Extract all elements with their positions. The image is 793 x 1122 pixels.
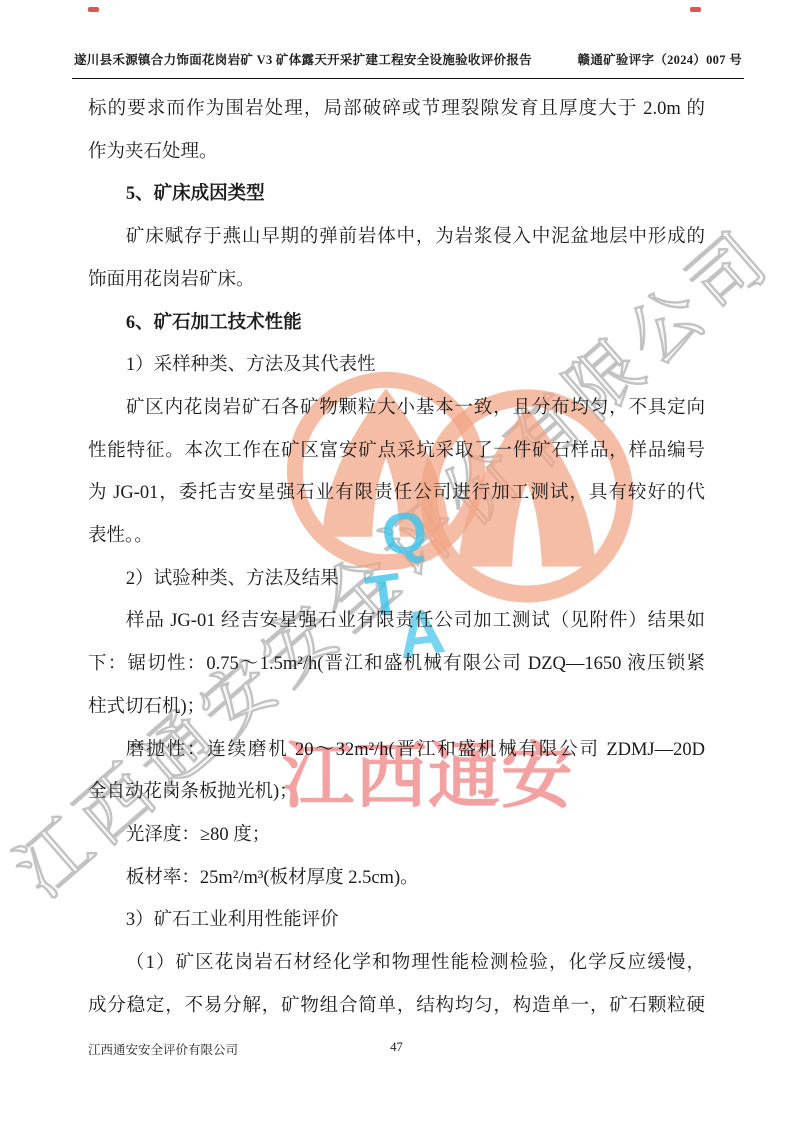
page-footer: 江西通安安全评价有限公司 47: [88, 1040, 705, 1060]
text-layer: 遂川县禾源镇合力饰面花岗岩矿 V3 矿体露天开采扩建工程安全设施验收评价报告 赣…: [0, 0, 793, 1122]
body-line: 性能特征。本次工作在矿区富安矿点采坑采取了一件矿石样品，样品编号: [88, 430, 705, 473]
body-text: 标的要求而作为围岩处理，局部破碎或节理裂隙发育且厚度大于 2.0m 的作为夹石处…: [88, 88, 705, 1027]
page-header: 遂川县禾源镇合力饰面花岗岩矿 V3 矿体露天开采扩建工程安全设施验收评价报告 赣…: [74, 50, 742, 68]
page-number: 47: [390, 1040, 403, 1055]
document-page: 江西通安安全评价有限公司 Q T A 遂川县禾源镇合力饰面花岗岩矿 V3 矿体露…: [0, 0, 793, 1122]
body-line: 磨抛性：连续磨机 20～32m²/h(晋江和盛机械有限公司 ZDMJ—20D: [88, 729, 705, 772]
body-line: 作为夹石处理。: [88, 131, 705, 174]
body-line: 成分稳定，不易分解，矿物组合简单，结构均匀，构造单一，矿石颗粒硬: [88, 985, 705, 1028]
body-line: 饰面用花岗岩矿床。: [88, 259, 705, 302]
footer-company: 江西通安安全评价有限公司: [88, 1040, 238, 1058]
body-line: 全自动花岗条板抛光机)；: [88, 771, 705, 814]
body-line: 柱式切石机)；: [88, 686, 705, 729]
body-line: 1）采样种类、方法及其代表性: [88, 344, 705, 387]
header-divider: [72, 78, 744, 79]
body-line: 2）试验种类、方法及结果: [88, 558, 705, 601]
red-corner-mark: [88, 7, 99, 12]
body-line: 标的要求而作为围岩处理，局部破碎或节理裂隙发育且厚度大于 2.0m 的: [88, 88, 705, 131]
body-line: 3）矿石工业利用性能评价: [88, 899, 705, 942]
body-line: 6、矿石加工技术性能: [88, 302, 705, 345]
body-line: 表性。。: [88, 515, 705, 558]
body-line: 下：锯切性：0.75～1.5m²/h(晋江和盛机械有限公司 DZQ—1650 液…: [88, 643, 705, 686]
body-line: 为 JG-01，委托吉安星强石业有限责任公司进行加工测试，具有较好的代: [88, 472, 705, 515]
red-corner-mark: [690, 7, 701, 12]
body-line: 样品 JG-01 经吉安星强石业有限责任公司加工测试（见附件）结果如: [88, 600, 705, 643]
body-line: 5、矿床成因类型: [88, 173, 705, 216]
body-line: 矿区内花岗岩矿石各矿物颗粒大小基本一致，且分布均匀，不具定向: [88, 387, 705, 430]
body-line: 板材率：25m²/m³(板材厚度 2.5cm)。: [88, 857, 705, 900]
body-line: 矿床赋存于燕山早期的弹前岩体中，为岩浆侵入中泥盆地层中形成的: [88, 216, 705, 259]
body-line: （1）矿区花岗岩石材经化学和物理性能检测检验，化学反应缓慢，: [88, 942, 705, 985]
header-title: 遂川县禾源镇合力饰面花岗岩矿 V3 矿体露天开采扩建工程安全设施验收评价报告: [74, 50, 532, 68]
body-line: 光泽度：≥80 度；: [88, 814, 705, 857]
header-doc-number: 赣通矿验评字（2024）007 号: [578, 50, 742, 68]
